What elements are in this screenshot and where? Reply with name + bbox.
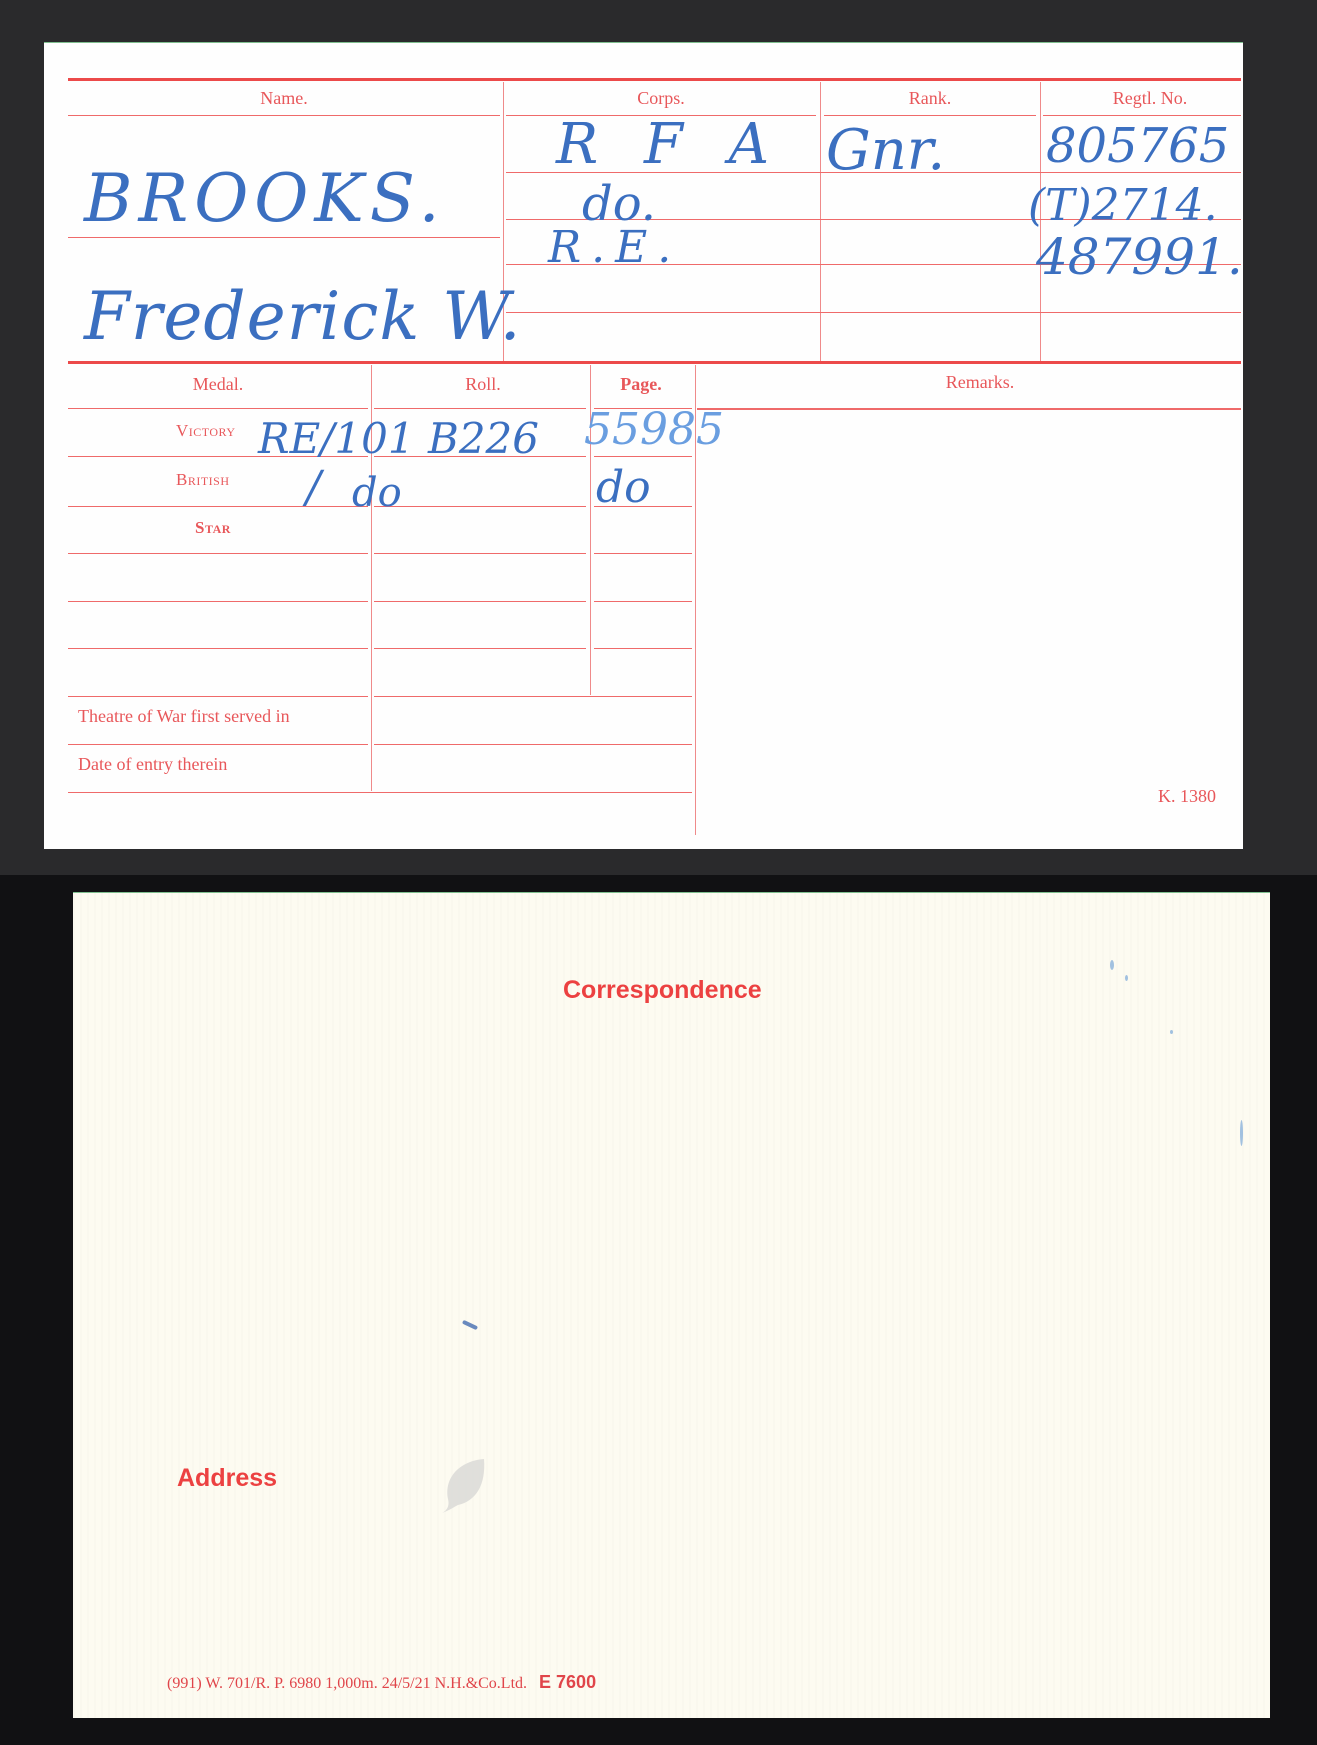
regtl-header-rule — [1043, 115, 1241, 116]
medal-rule-0b — [374, 408, 586, 409]
name-header-rule — [68, 115, 500, 116]
corps-entry-1: R F A — [556, 112, 783, 177]
print-footer-text: (991) W. 701/R. P. 6980 1,000m. 24/5/21 … — [167, 1675, 527, 1692]
rank-col-divider — [820, 82, 821, 362]
form-code: K. 1380 — [1158, 786, 1216, 807]
medal-british-label: British — [176, 470, 230, 490]
print-footer: (991) W. 701/R. P. 6980 1,000m. 24/5/21 … — [167, 1672, 596, 1693]
correspondence-label: Correspondence — [563, 976, 762, 1005]
remarks-header: Remarks. — [946, 372, 1014, 393]
corps-header: Corps. — [637, 88, 685, 109]
rank-entry: Gnr. — [826, 118, 945, 183]
medal-rule-5b — [374, 648, 586, 649]
medal-rule-4c — [594, 601, 692, 602]
rank-header-rule — [824, 115, 1036, 116]
rank-header: Rank. — [909, 88, 952, 109]
medal-rule-6b — [374, 696, 692, 697]
remarks-header-rule — [697, 408, 1241, 410]
ink-speck — [1125, 975, 1128, 981]
corps-entry-3: R.E. — [548, 222, 681, 273]
page-header: Page. — [620, 374, 661, 395]
victory-roll-entry: RE/101 B226 — [258, 414, 539, 463]
medal-rule-5 — [68, 648, 368, 649]
ink-speck — [1240, 1120, 1243, 1146]
regtl-no-entry-3: 487991. — [1036, 228, 1243, 286]
medal-rule-4b — [374, 601, 586, 602]
medal-rule-2 — [68, 506, 368, 507]
regtl-no-entry-2: (T)2714. — [1028, 180, 1218, 231]
medal-victory-label: Victory — [176, 421, 236, 441]
medal-rule-6 — [68, 696, 368, 697]
print-footer-code: E 7600 — [539, 1672, 596, 1692]
british-page-entry: do — [596, 462, 651, 513]
medal-rule-5c — [594, 648, 692, 649]
name-header: Name. — [260, 88, 307, 109]
medal-rule-8 — [68, 792, 692, 793]
leaf-watermark-icon — [440, 1455, 490, 1515]
medal-rule-1c — [594, 456, 692, 457]
roll-slash-mark: / — [306, 462, 321, 513]
medal-rule-3b — [374, 553, 586, 554]
regtl-no-header: Regtl. No. — [1113, 88, 1188, 109]
address-label: Address — [177, 1464, 277, 1493]
ink-speck — [1110, 960, 1114, 970]
roll-header: Roll. — [465, 374, 501, 395]
theatre-of-war-label: Theatre of War first served in — [78, 706, 290, 727]
medal-rule-3 — [68, 553, 368, 554]
medal-rule-2b — [374, 506, 586, 507]
name-row-rule — [68, 237, 500, 238]
medal-rule-3c — [594, 553, 692, 554]
row-rule-4 — [506, 312, 1241, 313]
british-roll-entry: do — [352, 470, 402, 516]
medal-star-label: Star — [195, 518, 231, 538]
surname-entry: BROOKS. — [84, 160, 446, 237]
back-card-paper — [73, 892, 1270, 1718]
date-of-entry-label: Date of entry therein — [78, 754, 227, 775]
top-rule — [68, 78, 1241, 81]
regtl-no-entry-1: 805765 — [1046, 118, 1229, 174]
medal-rule-4 — [68, 601, 368, 602]
medal-rule-7 — [68, 744, 368, 745]
medal-rule-7b — [374, 744, 692, 745]
medal-rule-0 — [68, 408, 368, 409]
forename-entry: Frederick W. — [84, 278, 522, 355]
medal-header: Medal. — [193, 374, 243, 395]
victory-page-entry: 55985 — [584, 404, 724, 455]
ink-speck — [1170, 1030, 1173, 1034]
mid-rule — [68, 361, 1241, 364]
